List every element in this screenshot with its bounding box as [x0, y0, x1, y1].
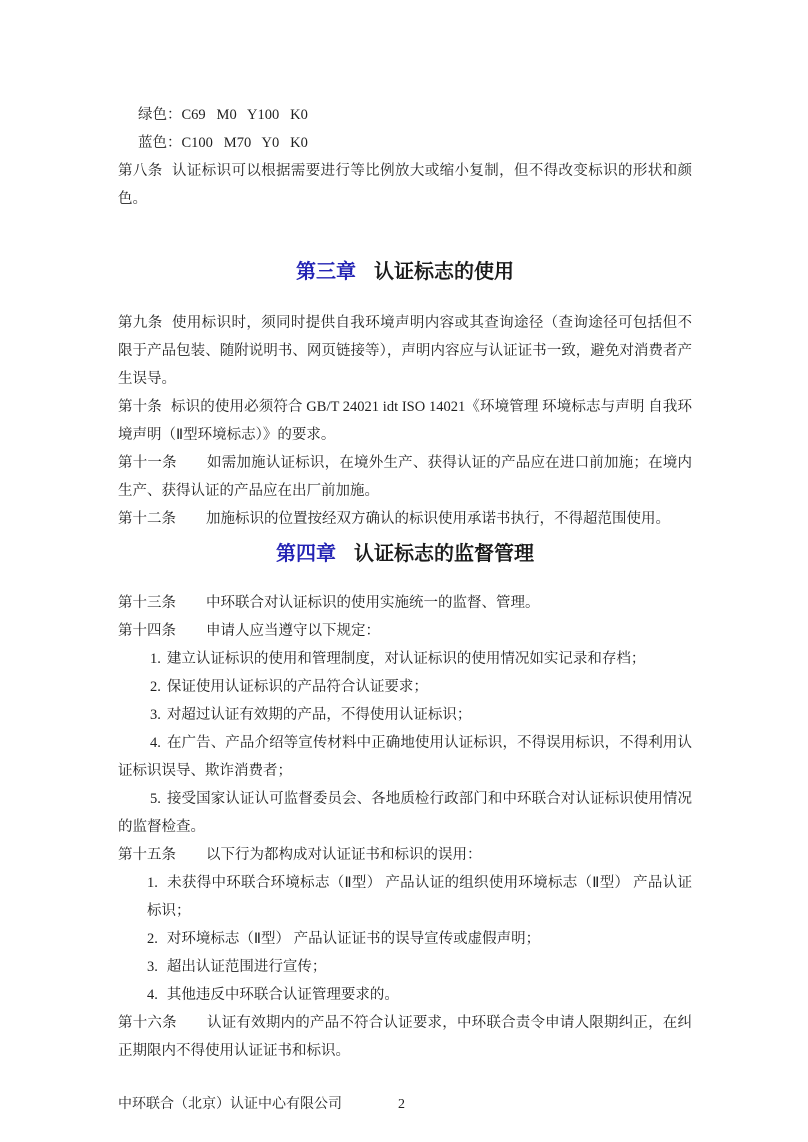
- chapter-4-number: 第四章: [276, 543, 336, 565]
- item-text: 超出认证范围进行宣传；: [167, 959, 327, 975]
- chapter-4-title: 认证标志的监督管理: [354, 543, 534, 565]
- footer-company: 中环联合（北京）认证中心有限公司: [118, 1097, 342, 1112]
- article-14-item-1: 1.建立认证标识的使用和管理制度，对认证标识的使用情况如实记录和存档；: [118, 645, 692, 673]
- article-12-number: 第十二条: [118, 511, 176, 527]
- article-10-text: 标识的使用必须符合 GB/T 24021 idt ISO 14021《环境管理 …: [118, 399, 692, 443]
- article-11-text: 如需加施认证标识，在境外生产、获得认证的产品应在进口前加施；在境内生产、获得认证…: [118, 455, 692, 499]
- chapter-3-number: 第三章: [296, 261, 356, 283]
- article-14: 第十四条申请人应当遵守以下规定：: [118, 617, 692, 645]
- item-number: 4.: [147, 987, 158, 1003]
- article-10: 第十条标识的使用必须符合 GB/T 24021 idt ISO 14021《环境…: [118, 393, 692, 449]
- item-number: 1.: [150, 651, 161, 667]
- article-15-item-1: 1.未获得中环联合环境标志（Ⅱ型） 产品认证的组织使用环境标志（Ⅱ型） 产品认证…: [118, 869, 692, 925]
- item-text: 保证使用认证标识的产品符合认证要求；: [167, 679, 428, 695]
- article-15-number: 第十五条: [118, 847, 176, 863]
- article-14-item-2: 2.保证使用认证标识的产品符合认证要求；: [118, 673, 692, 701]
- item-number: 5.: [150, 791, 161, 807]
- item-text: 对超过认证有效期的产品，不得使用认证标识；: [167, 707, 472, 723]
- article-16-number: 第十六条: [118, 1015, 177, 1031]
- item-number: 3.: [147, 959, 158, 975]
- article-10-number: 第十条: [118, 399, 162, 415]
- article-16-text: 认证有效期内的产品不符合认证要求，中环联合责令申请人限期纠正，在纠正期限内不得使…: [118, 1015, 692, 1059]
- item-number: 2.: [147, 931, 158, 947]
- article-11-number: 第十一条: [118, 455, 177, 471]
- article-8-number: 第八条: [118, 163, 163, 179]
- article-12: 第十二条加施标识的位置按经双方确认的标识使用承诺书执行，不得超范围使用。: [118, 505, 692, 533]
- item-number: 1.: [147, 875, 158, 891]
- article-9: 第九条使用标识时，须同时提供自我环境声明内容或其查询途径（查询途径可包括但不限于…: [118, 309, 692, 393]
- article-14-item-5: 5.接受国家认证认可监督委员会、各地质检行政部门和中环联合对认证标识使用情况的监…: [118, 785, 692, 841]
- chapter-3-heading: 第三章认证标志的使用: [118, 256, 692, 288]
- article-9-number: 第九条: [118, 315, 163, 331]
- item-text: 建立认证标识的使用和管理制度，对认证标识的使用情况如实记录和存档；: [167, 651, 646, 667]
- article-15: 第十五条以下行为都构成对认证证书和标识的误用：: [118, 841, 692, 869]
- article-8-text: 认证标识可以根据需要进行等比例放大或缩小复制，但不得改变标识的形状和颜色。: [118, 163, 692, 207]
- article-14-item-3: 3.对超过认证有效期的产品，不得使用认证标识；: [118, 701, 692, 729]
- chapter-3-title: 认证标志的使用: [374, 261, 514, 283]
- item-text: 对环境标志（Ⅱ型） 产品认证证书的误导宣传或虚假声明；: [167, 931, 540, 947]
- document-page: 绿色：C69 M0 Y100 K0 蓝色：C100 M70 Y0 K0 第八条认…: [0, 0, 808, 1142]
- article-14-number: 第十四条: [118, 623, 176, 639]
- article-15-item-2: 2.对环境标志（Ⅱ型） 产品认证证书的误导宣传或虚假声明；: [118, 925, 692, 953]
- article-15-item-4: 4.其他违反中环联合认证管理要求的。: [118, 981, 692, 1009]
- item-text: 接受国家认证认可监督委员会、各地质检行政部门和中环联合对认证标识使用情况的监督检…: [118, 791, 692, 835]
- footer-page-number: 2: [398, 1091, 405, 1119]
- color-spec-green: 绿色：C69 M0 Y100 K0: [118, 101, 692, 129]
- page-footer: 中环联合（北京）认证中心有限公司2: [118, 1091, 692, 1119]
- article-14-item-4: 4.在广告、产品介绍等宣传材料中正确地使用认证标识，不得误用标识，不得利用认证标…: [118, 729, 692, 785]
- item-text: 未获得中环联合环境标志（Ⅱ型） 产品认证的组织使用环境标志（Ⅱ型） 产品认证标识…: [147, 875, 692, 919]
- article-8: 第八条认证标识可以根据需要进行等比例放大或缩小复制，但不得改变标识的形状和颜色。: [118, 157, 692, 213]
- article-9-text: 使用标识时，须同时提供自我环境声明内容或其查询途径（查询途径可包括但不限于产品包…: [118, 315, 692, 387]
- item-number: 3.: [150, 707, 161, 723]
- article-11: 第十一条如需加施认证标识，在境外生产、获得认证的产品应在进口前加施；在境内生产、…: [118, 449, 692, 505]
- color-spec-green-text: 绿色：C69 M0 Y100 K0: [138, 107, 308, 123]
- article-14-text: 申请人应当遵守以下规定：: [206, 623, 380, 639]
- color-spec-blue-text: 蓝色：C100 M70 Y0 K0: [138, 135, 308, 151]
- article-16: 第十六条认证有效期内的产品不符合认证要求，中环联合责令申请人限期纠正，在纠正期限…: [118, 1009, 692, 1065]
- article-15-text: 以下行为都构成对认证证书和标识的误用：: [206, 847, 482, 863]
- article-13-text: 中环联合对认证标识的使用实施统一的监督、管理。: [206, 595, 540, 611]
- item-number: 4.: [150, 735, 161, 751]
- item-text: 其他违反中环联合认证管理要求的。: [167, 987, 399, 1003]
- article-13: 第十三条中环联合对认证标识的使用实施统一的监督、管理。: [118, 589, 692, 617]
- color-spec-blue: 蓝色：C100 M70 Y0 K0: [118, 129, 692, 157]
- item-text: 在广告、产品介绍等宣传材料中正确地使用认证标识，不得误用标识，不得利用认证标识误…: [118, 735, 692, 779]
- article-15-item-3: 3.超出认证范围进行宣传；: [118, 953, 692, 981]
- article-13-number: 第十三条: [118, 595, 176, 611]
- article-12-text: 加施标识的位置按经双方确认的标识使用承诺书执行，不得超范围使用。: [206, 511, 670, 527]
- chapter-4-heading: 第四章认证标志的监督管理: [118, 538, 692, 570]
- item-number: 2.: [150, 679, 161, 695]
